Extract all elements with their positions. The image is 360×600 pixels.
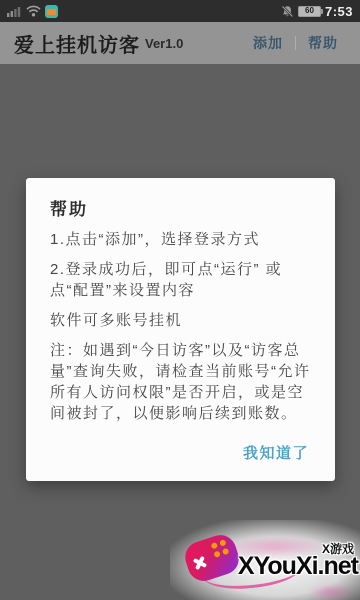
battery-percent: 60 xyxy=(305,7,314,15)
watermark-pink-smudge xyxy=(308,584,354,600)
gamepad-x-button xyxy=(190,553,210,573)
add-button[interactable]: 添加 xyxy=(245,27,291,59)
muted-bell-icon xyxy=(281,5,294,18)
got-it-button[interactable]: 我知道了 xyxy=(241,436,311,469)
app-bar-actions: 添加 帮助 xyxy=(245,27,346,59)
phone-screen: 60 7:53 爱上挂机访客 Ver1.0 添加 帮助 帮助 1.点击“添加”，… xyxy=(0,0,360,600)
help-dialog: 帮助 1.点击“添加”，选择登录方式 2.登录成功后，即可点“运行” 或点“配置… xyxy=(26,178,335,481)
status-bar: 60 7:53 xyxy=(0,0,360,22)
app-version: Ver1.0 xyxy=(145,36,183,51)
help-button[interactable]: 帮助 xyxy=(300,27,346,59)
dialog-paragraph: 软件可多账号挂机 xyxy=(50,310,311,331)
dialog-paragraph: 注：如遇到“今日访客”以及“访客总量”查询失败，请检查当前账号“允许所有人访问权… xyxy=(50,340,311,424)
dialog-title: 帮助 xyxy=(50,195,311,220)
site-watermark: X游戏 XYouXi.net xyxy=(180,528,360,600)
app-notification-icon xyxy=(45,5,58,18)
wifi-icon xyxy=(26,5,41,17)
watermark-site-name: XYouXi.net xyxy=(238,552,358,581)
app-bar: 爱上挂机访客 Ver1.0 添加 帮助 xyxy=(0,22,360,64)
clock: 7:53 xyxy=(325,4,353,19)
dialog-actions: 我知道了 xyxy=(50,436,311,469)
signal-strength-icon xyxy=(7,5,22,17)
action-divider xyxy=(295,36,296,50)
dialog-paragraph: 2.登录成功后，即可点“运行” 或点“配置”来设置内容 xyxy=(50,259,311,301)
app-title: 爱上挂机访客 xyxy=(14,29,140,58)
battery-indicator: 60 xyxy=(298,6,321,17)
dialog-paragraph: 1.点击“添加”，选择登录方式 xyxy=(50,229,311,250)
